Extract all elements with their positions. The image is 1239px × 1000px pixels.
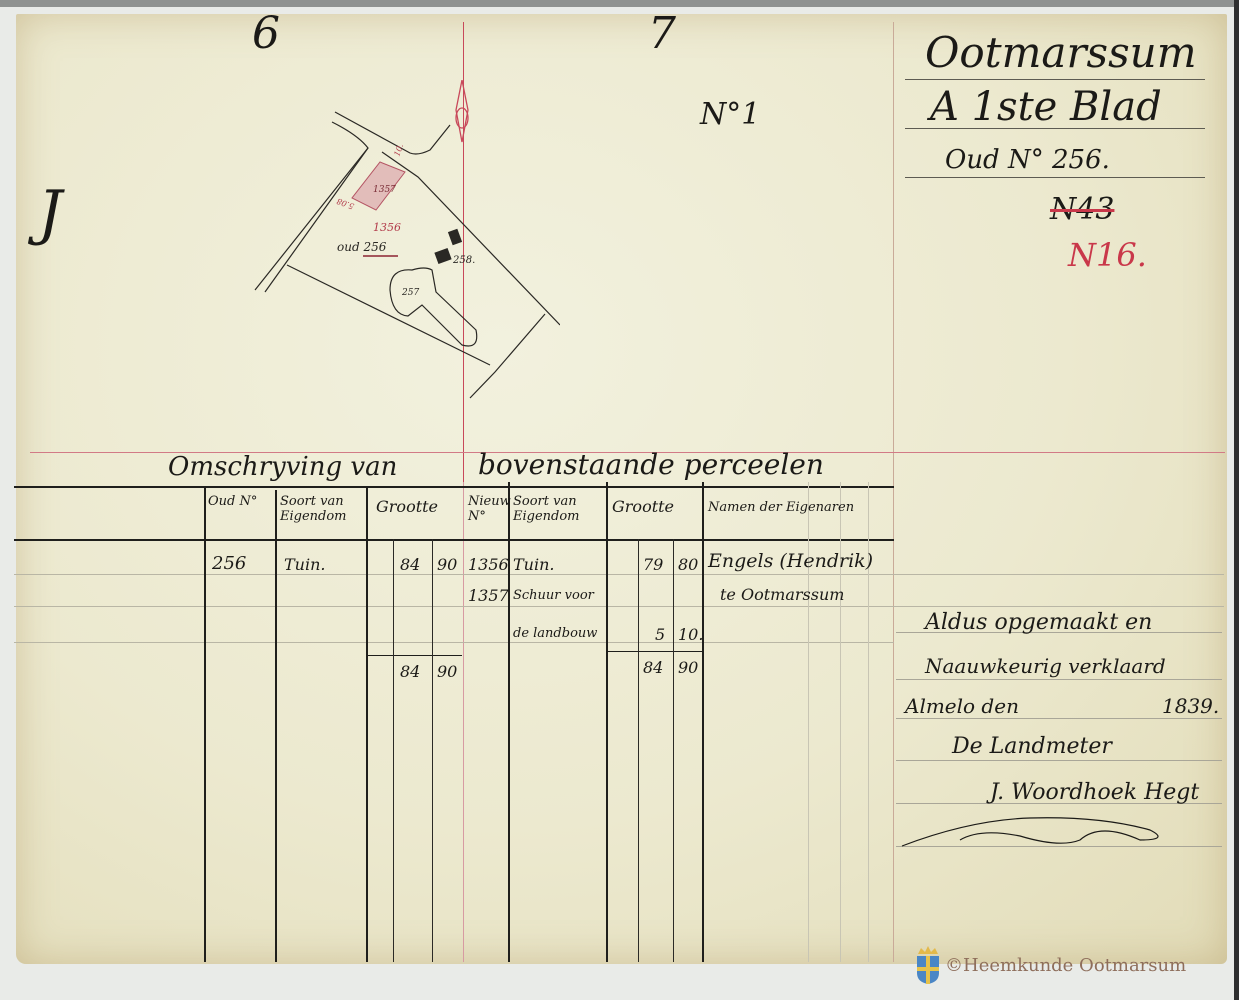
certification-year: 1839.	[1162, 694, 1219, 718]
col-header-new-no: Nieuw N°	[468, 494, 508, 524]
section-underline	[905, 128, 1205, 129]
total-new-size-a: 84	[643, 658, 663, 677]
table-line	[14, 642, 894, 643]
cell-new-no: 1356	[468, 555, 509, 574]
right-ruled-line	[896, 679, 1222, 680]
red-number: N16.	[1068, 236, 1147, 274]
cell-new-no: 1357	[468, 586, 509, 605]
cell-new-kind: Tuin.	[513, 555, 554, 574]
neighbor-sheet-6: 6	[252, 8, 280, 59]
table-heading-left: Omschryving van	[168, 452, 397, 482]
certification-role: De Landmeter	[952, 734, 1112, 759]
cadastral-map-sketch: 1357 1356 257 258. oud 256 10. 5.08	[240, 80, 560, 400]
col-header-new-kind: Soort van Eigendom	[513, 494, 605, 524]
certification-line-2: Naauwkeurig verklaard	[925, 654, 1166, 678]
title-underline	[905, 79, 1205, 80]
map-parcel-258: 258.	[452, 255, 475, 266]
cell-owner: te Ootmarssum	[720, 585, 844, 604]
table-line	[14, 606, 1224, 607]
new-total-rule	[606, 651, 702, 652]
cell-new-kind: de landbouw	[513, 626, 597, 641]
old-number-underline	[905, 177, 1205, 178]
map-parcel-1356: 1356	[373, 221, 401, 234]
cell-owner: Engels (Hendrik)	[708, 550, 873, 572]
cell-old-size-a: 84	[400, 555, 420, 574]
signature-flourish	[900, 800, 1180, 850]
cell-new-size-a: 79	[643, 555, 663, 574]
old-total-rule	[366, 655, 462, 656]
table-heading-right: bovenstaande perceelen	[478, 448, 824, 481]
watermark: ©Heemkunde Ootmarsum	[915, 945, 1186, 985]
col-header-old-no: Oud N°	[208, 494, 272, 509]
col-divider	[432, 539, 433, 962]
cell-old-size-b: 90	[437, 555, 457, 574]
red-meridian-line-lower	[463, 482, 464, 962]
scan-top-edge	[0, 0, 1239, 7]
col-header-new-size: Grootte	[612, 497, 674, 516]
col-divider	[702, 482, 704, 962]
total-new-size-b: 90	[678, 658, 698, 677]
total-old-size-a: 84	[400, 662, 420, 681]
scan-right-edge	[1234, 0, 1239, 1000]
struck-number: N43	[1050, 192, 1114, 227]
map-old-parcel-256: oud 256	[337, 240, 387, 254]
map-parcel-257: 257	[401, 288, 419, 298]
col-divider	[393, 539, 394, 962]
col-divider	[275, 490, 277, 962]
cell-new-size-a: 5	[655, 625, 665, 644]
neighbor-sheet-7: 7	[648, 8, 676, 59]
cell-new-size-b: 80	[678, 555, 698, 574]
col-divider	[508, 482, 510, 962]
right-ruled-line	[896, 718, 1222, 719]
table-top-rule	[14, 486, 894, 488]
col-divider	[366, 486, 368, 962]
cell-old-kind: Tuin.	[284, 555, 325, 574]
total-old-size-b: 90	[437, 662, 457, 681]
cell-new-kind: Schuur voor	[513, 588, 594, 603]
coat-of-arms-icon	[915, 945, 941, 985]
table-header-rule	[14, 539, 894, 541]
neighbor-sheet-letter: J	[38, 178, 62, 248]
certification-line-1: Aldus opgemaakt en	[925, 610, 1152, 635]
cell-old-no: 256	[212, 553, 246, 574]
col-header-old-size: Grootte	[376, 497, 438, 516]
struck-number-text: N43	[1050, 192, 1114, 227]
north-arrow-icon	[456, 80, 468, 142]
table-line	[14, 574, 1224, 575]
old-number: Oud N° 256.	[945, 145, 1110, 175]
col-header-owners: Namen der Eigenaren	[708, 500, 854, 515]
section-sheet-title: A 1ste Blad	[930, 84, 1162, 130]
town-title: Ootmarssum	[925, 28, 1197, 77]
sheet-number: N°1	[700, 97, 760, 132]
col-divider	[638, 539, 639, 962]
right-margin-line	[893, 22, 894, 962]
certification-place: Almelo den	[905, 694, 1019, 718]
watermark-text: ©Heemkunde Ootmarsum	[945, 955, 1186, 976]
col-divider	[673, 539, 674, 962]
cell-new-size-b: 10.	[678, 625, 703, 644]
right-ruled-line	[896, 760, 1222, 761]
col-header-old-kind: Soort van Eigendom	[280, 494, 364, 524]
col-divider	[606, 482, 608, 962]
map-parcel-1357: 1357	[373, 185, 396, 195]
col-divider	[204, 486, 206, 962]
